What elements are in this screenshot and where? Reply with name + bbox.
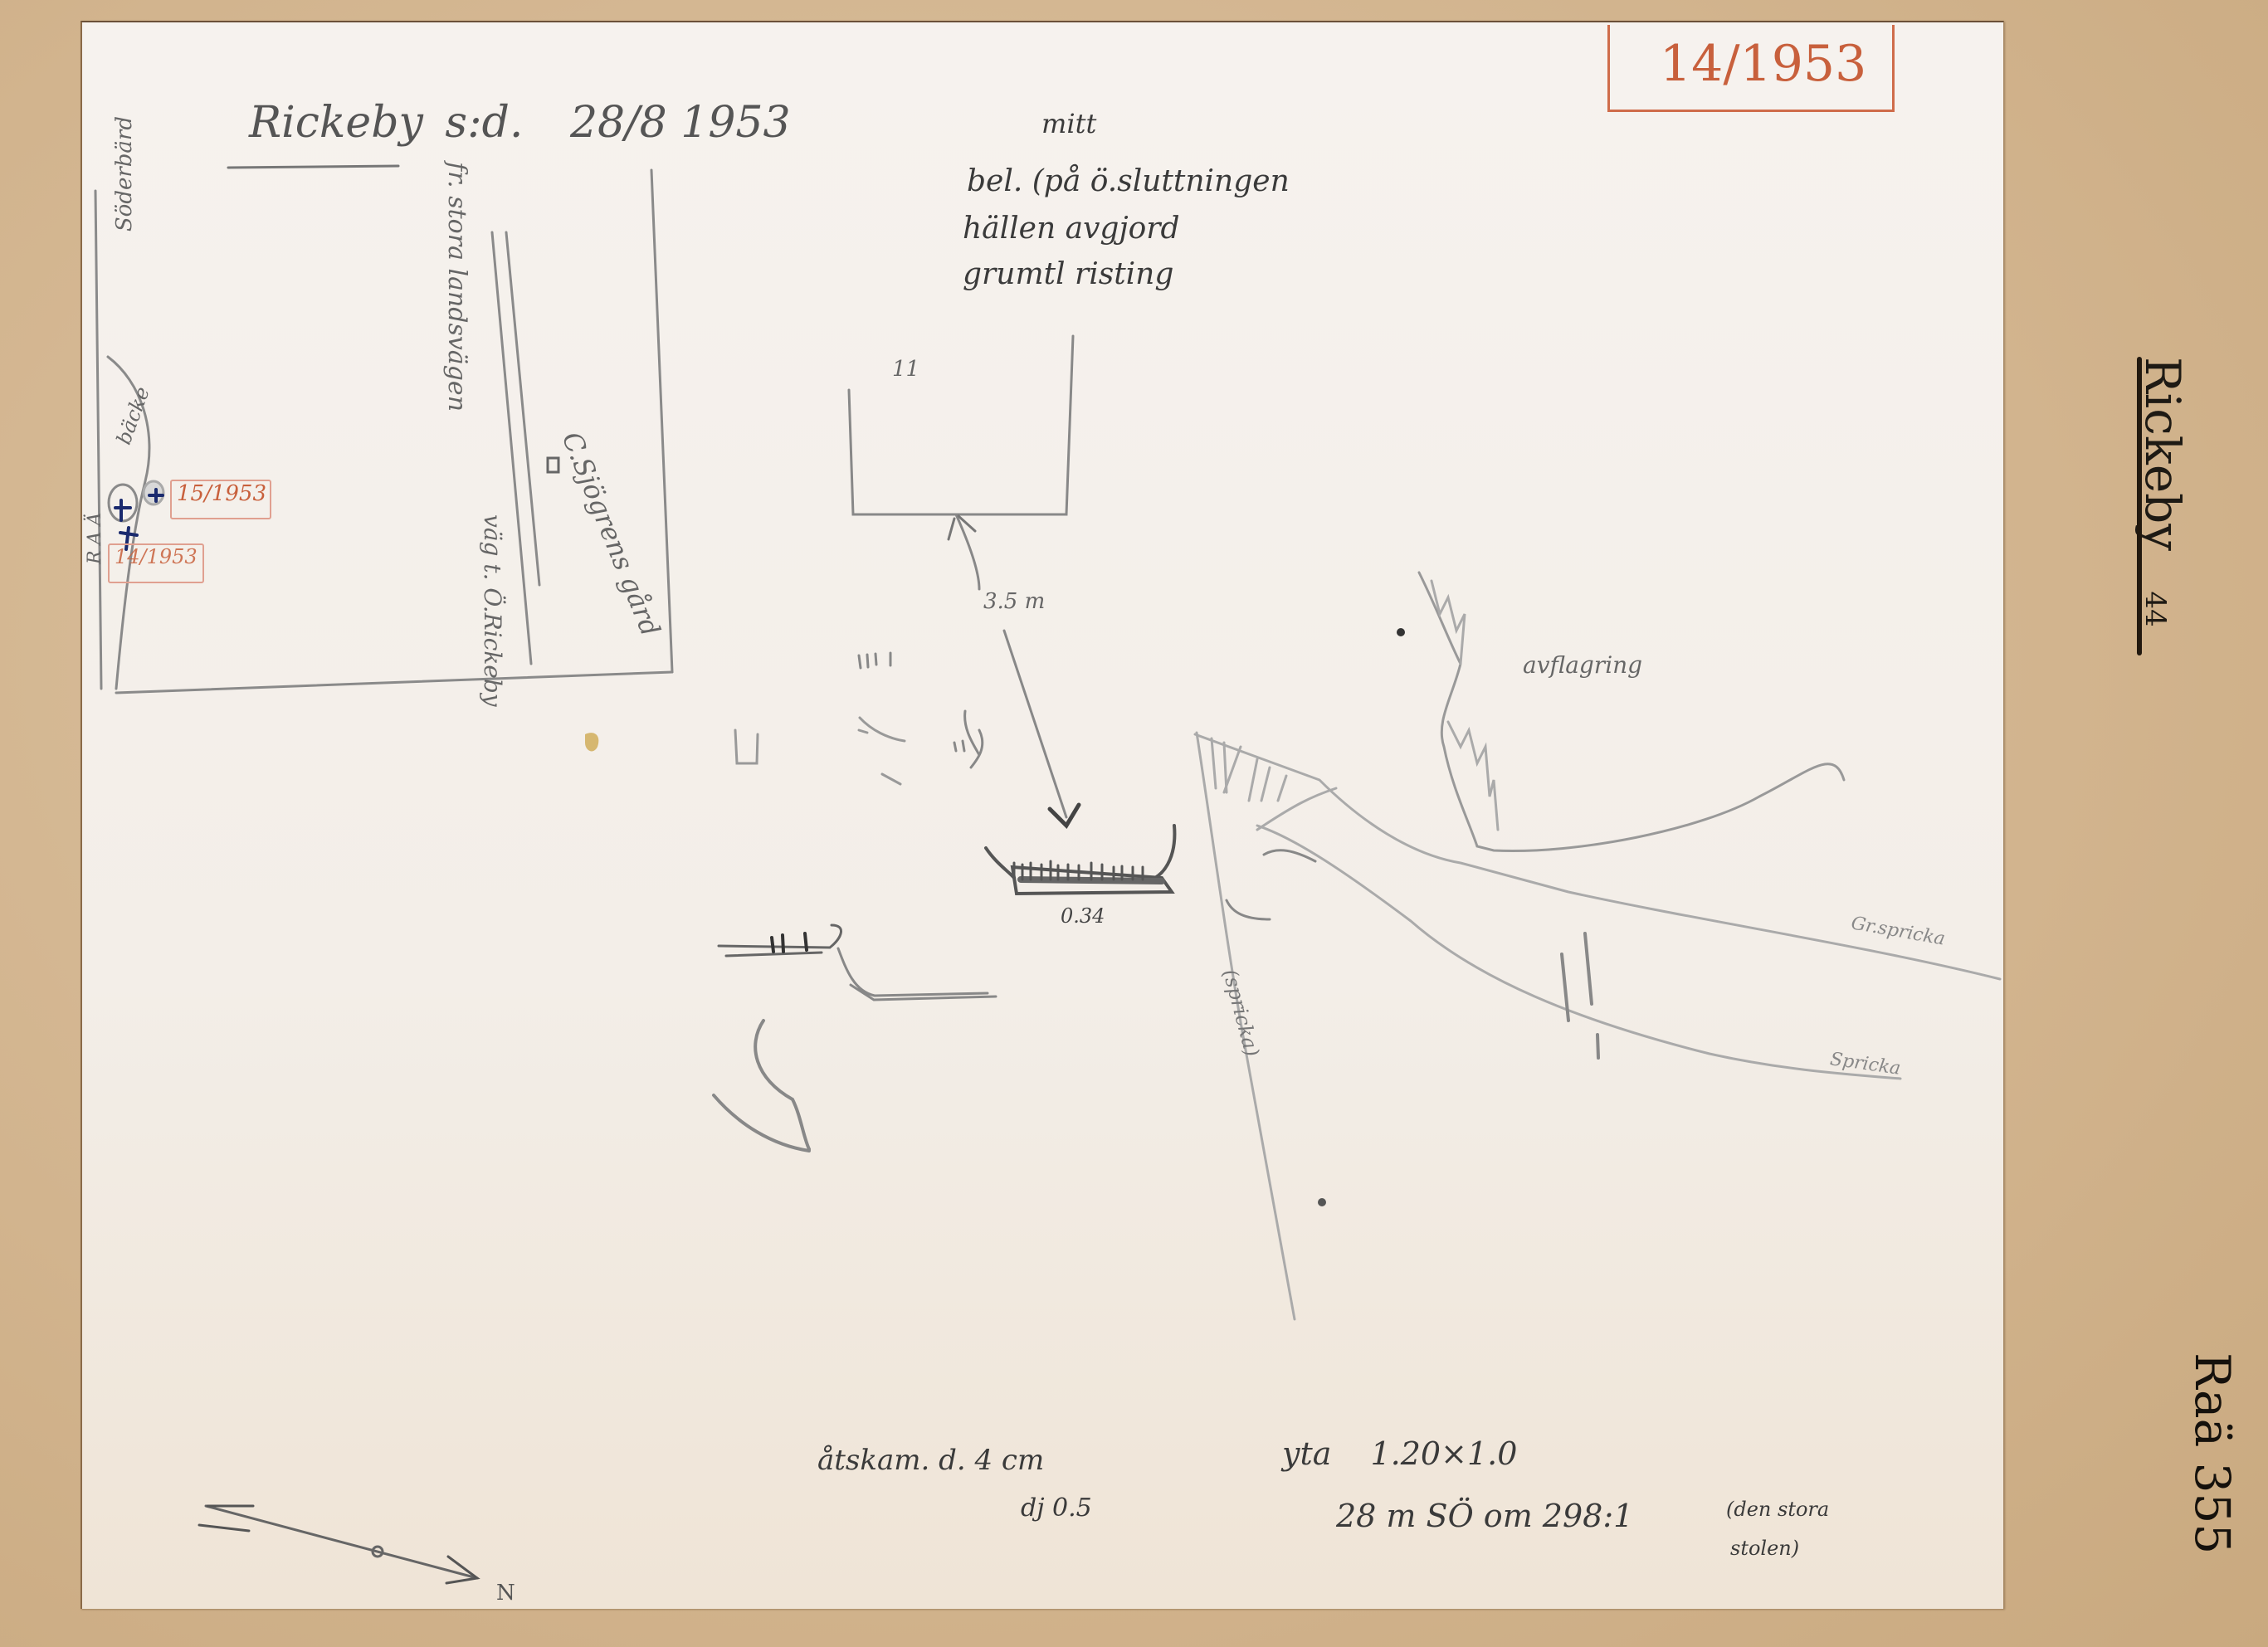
site-stamp-15: 15/1953 [170, 480, 271, 519]
site-stamp-14: 14/1953 [108, 543, 204, 583]
note-line-3: grumtl risting [963, 257, 1173, 291]
catalogue-number: 14/1953 [1660, 35, 1866, 93]
map-label-road-north: fr. stora landsvägen [442, 162, 471, 412]
note-line-1: bel. (på ö.sluttningen [967, 164, 1290, 198]
footer-position-note-2: stolen) [1730, 1537, 1799, 1560]
title-date: 28/8 1953 [570, 98, 791, 148]
footer-position-note-1: (den stora [1726, 1498, 1829, 1521]
note-line-2: hällen avgjord [963, 212, 1180, 246]
footer-position: 28 m SÖ om 298:1 [1336, 1498, 1633, 1534]
title-place: Rickeby [249, 98, 423, 148]
sketch-title: Rickeby s:d. 28/8 1953 [249, 98, 791, 148]
exfoliation-label: avflagring [1523, 651, 1642, 679]
footer-area-value: 1.20×1.0 [1371, 1435, 1518, 1472]
map-label-left-road: Söderbärd [112, 116, 137, 231]
compass-north-label: N [496, 1581, 515, 1606]
title-abbrev: s:d. [445, 98, 523, 148]
distance-label: 3.5 m [983, 589, 1045, 614]
note-insert: mitt [1041, 108, 1096, 139]
footer-area: yta 1.20×1.0 [992, 1435, 1517, 1472]
footer-left-line-2: dj 0.5 [1021, 1494, 1092, 1523]
map-label-raa: R A Ä [85, 513, 105, 564]
box-label: 11 [892, 357, 919, 382]
footer-area-label: yta [1282, 1435, 1331, 1472]
sketch-drawing [0, 0, 2268, 1647]
map-label-road-south: väg t. Ö.Rickeby [479, 514, 506, 707]
ship-size-label: 0.34 [1061, 904, 1105, 928]
